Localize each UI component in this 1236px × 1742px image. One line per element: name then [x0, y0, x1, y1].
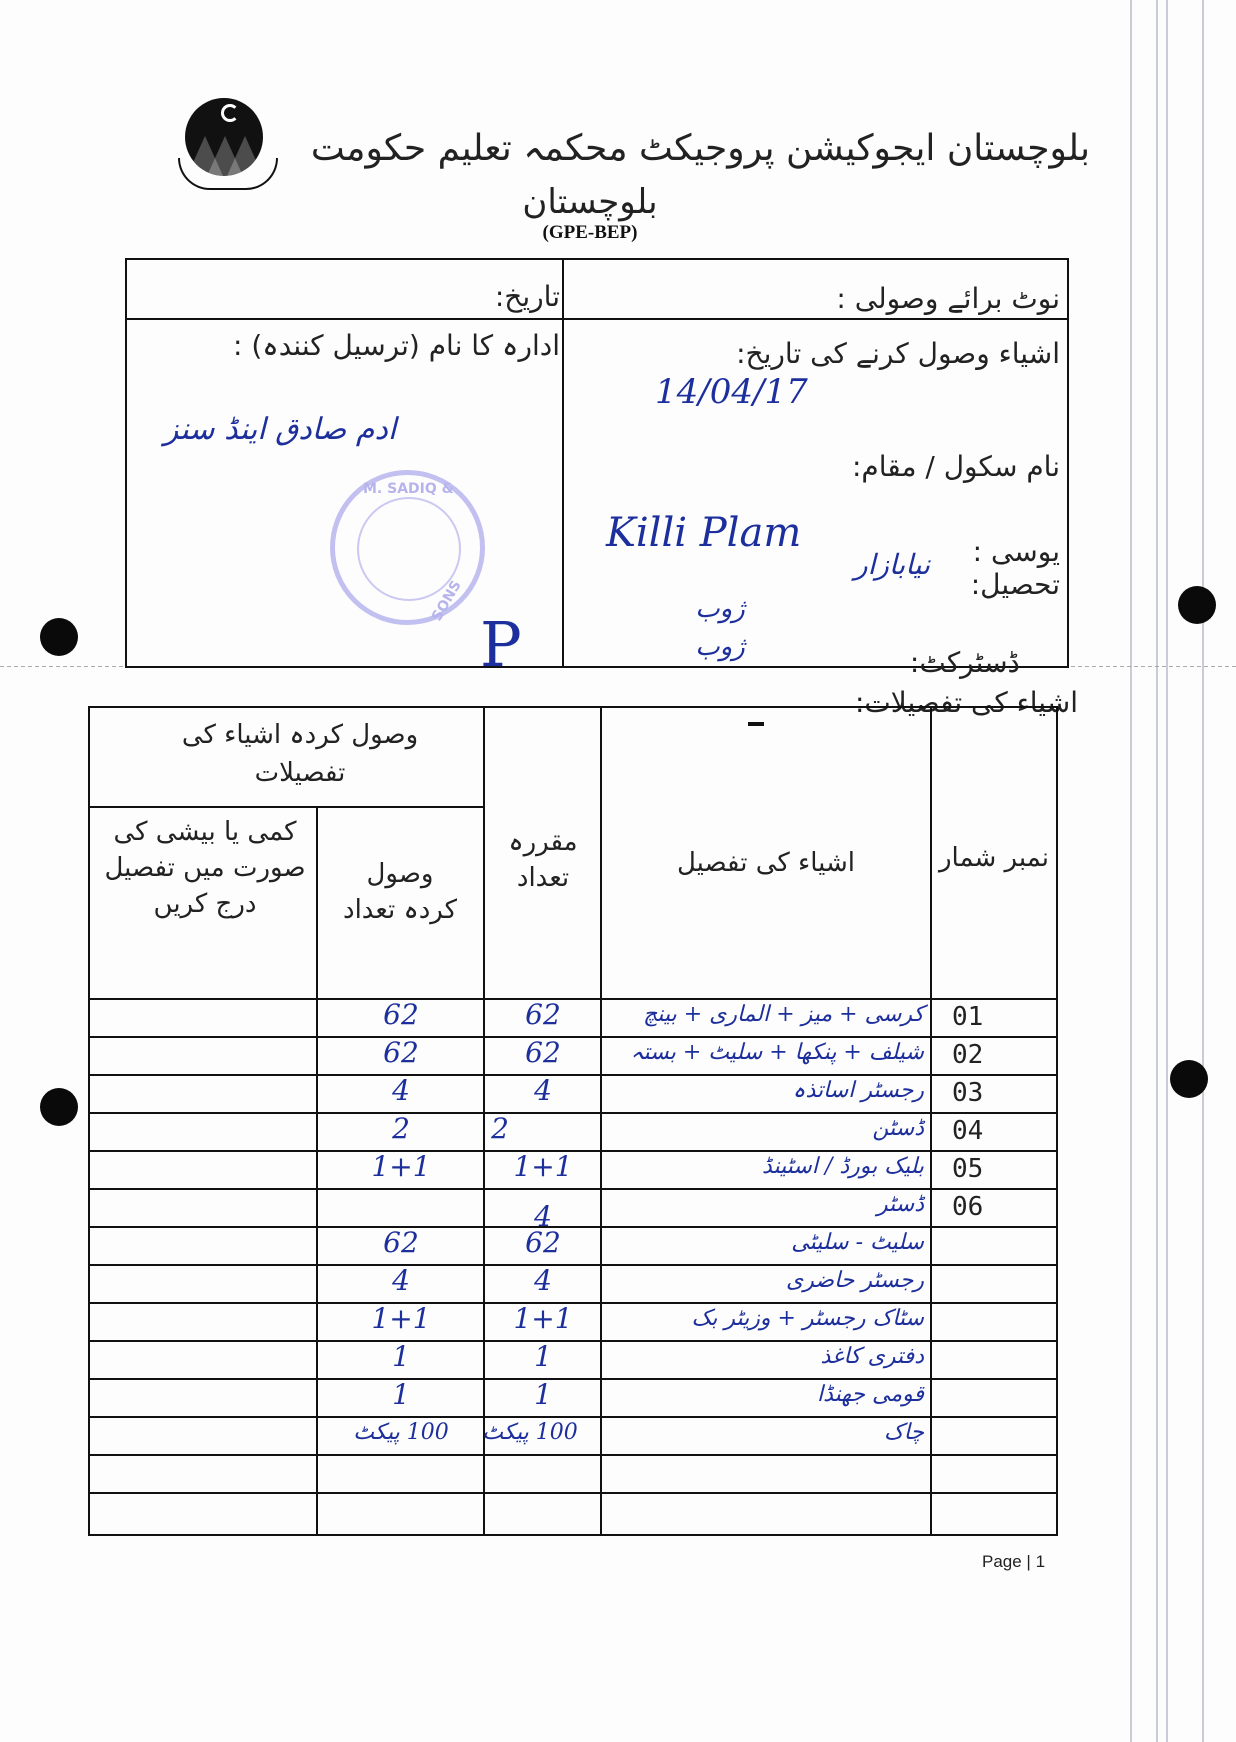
col-header-serial: نمبر شمار — [936, 840, 1052, 876]
col-header-description: اشیاء کی تفصیل — [606, 848, 926, 878]
row-fixed-qty[interactable]: 4 — [489, 1264, 597, 1297]
page-number: Page | 1 — [982, 1552, 1045, 1572]
punch-hole — [40, 1088, 78, 1126]
binder-edge-line — [1130, 0, 1132, 1742]
tehsil-value[interactable]: ژوب — [670, 594, 770, 624]
sender-label: ادارہ کا نام (ترسیل کنندہ) : — [160, 326, 560, 366]
punch-hole — [1178, 586, 1216, 624]
row-received-qty[interactable]: 1 — [322, 1378, 480, 1411]
row-serial: 04 — [952, 1116, 983, 1146]
row-received-qty[interactable]: 4 — [322, 1264, 480, 1297]
row-received-qty[interactable]: 62 — [322, 1226, 480, 1259]
row-fixed-qty[interactable]: 62 — [489, 998, 597, 1031]
col-divider — [316, 806, 318, 1536]
row-line — [88, 1188, 1058, 1190]
receipt-date-value[interactable]: 14/04/17 — [655, 372, 808, 412]
row-description[interactable]: رجسٹر حاضری — [606, 1268, 924, 1293]
binder-edge-line — [1156, 0, 1158, 1742]
row-fixed-qty[interactable]: 1 — [489, 1340, 597, 1373]
row-description[interactable]: ڈسٹن — [606, 1116, 924, 1141]
school-label: نام سکول / مقام: — [700, 450, 1060, 483]
row-serial: 01 — [952, 1002, 983, 1032]
row-description[interactable]: دفتری کاغذ — [606, 1344, 924, 1369]
row-received-qty[interactable]: 62 — [322, 998, 480, 1031]
form-header-line — [125, 318, 1069, 320]
uc-label: یوسی : — [930, 535, 1060, 568]
receipt-date-label: اشیاء وصول کرنے کی تاریخ: — [640, 332, 1060, 376]
row-line — [88, 1454, 1058, 1456]
col-header-received-group: وصول کردہ اشیاء کی تفصیلات — [140, 716, 460, 792]
row-received-qty[interactable]: 1 — [322, 1340, 480, 1373]
school-value[interactable]: Killi Plam — [606, 510, 801, 556]
col-header-fixed-qty: مقررہ تعداد — [489, 824, 597, 896]
note-label: نوٹ برائے وصولی : — [580, 282, 1060, 315]
row-received-qty[interactable]: 100 پیکٹ — [322, 1420, 480, 1445]
row-description[interactable]: ڈسٹر — [606, 1192, 924, 1217]
row-serial: 06 — [952, 1192, 983, 1222]
tehsil-label: تحصیل: — [900, 568, 1060, 601]
binder-edge-line — [1202, 0, 1204, 1742]
row-line — [88, 1112, 1058, 1114]
row-description[interactable]: سلیٹ - سلیٹی — [606, 1230, 924, 1255]
row-serial: 02 — [952, 1040, 983, 1070]
row-description[interactable]: رجسٹر اساتذہ — [606, 1078, 924, 1103]
row-description[interactable] — [606, 1496, 924, 1532]
row-line — [88, 1416, 1058, 1418]
row-fixed-qty[interactable]: 4 — [489, 1074, 597, 1107]
row-received-qty[interactable] — [322, 1492, 480, 1532]
col-header-shortfall: کمی یا بیشی کی صورت میں تفصیل درج کریں — [100, 814, 310, 922]
col-divider — [600, 706, 602, 1536]
row-fixed-qty[interactable]: 62 — [489, 1226, 597, 1259]
punch-hole — [40, 618, 78, 656]
row-description[interactable]: بلیک بورڈ / اسٹینڈ — [606, 1154, 924, 1179]
group-header-line — [88, 806, 483, 808]
row-description[interactable]: قومی جھنڈا — [606, 1382, 924, 1407]
col-divider — [930, 706, 932, 1536]
header-subtitle: بلوچستان — [400, 182, 780, 222]
row-fixed-qty[interactable]: 1+1 — [489, 1150, 597, 1183]
punch-hole — [1170, 1060, 1208, 1098]
row-fixed-qty[interactable]: 1 — [489, 1378, 597, 1411]
row-fixed-qty[interactable]: 100 پیکٹ — [460, 1420, 600, 1445]
row-received-qty[interactable]: 62 — [322, 1036, 480, 1069]
row-received-qty[interactable]: 2 — [322, 1112, 480, 1145]
program-code: (GPE-BEP) — [480, 222, 700, 244]
header-title: بلوچستان ایجوکیشن پروجیکٹ محکمہ تعلیم حک… — [110, 128, 1090, 169]
row-shortfall[interactable] — [94, 1492, 312, 1532]
row-description[interactable]: شیلف + پنکھا + سلیٹ + بستہ — [606, 1040, 924, 1065]
row-serial: 03 — [952, 1078, 983, 1108]
row-description[interactable]: کرسی + میز + الماری + بینچ — [606, 1002, 924, 1027]
initial-mark: P — [480, 608, 522, 681]
row-description[interactable]: سٹاک رجسٹر + وزیٹر بک — [606, 1306, 924, 1331]
row-received-qty[interactable]: 1+1 — [322, 1302, 480, 1335]
row-fixed-qty[interactable]: 1+1 — [489, 1302, 597, 1335]
col-header-received-qty: وصول کردہ تعداد — [322, 856, 478, 928]
row-received-qty[interactable]: 1+1 — [322, 1150, 480, 1183]
row-description[interactable]: چاک — [606, 1420, 924, 1445]
row-fixed-qty[interactable]: 62 — [489, 1036, 597, 1069]
row-fixed-qty[interactable] — [489, 1492, 597, 1532]
binder-edge-line — [1166, 0, 1168, 1742]
district-label: ڈسٹرکٹ: — [870, 646, 1020, 679]
sender-value[interactable]: ادم صادق اینڈ سنز — [130, 412, 430, 447]
date-label: تاریخ: — [140, 280, 560, 313]
company-stamp: M. SADIQ & SONS — [330, 470, 485, 625]
district-value[interactable]: ژوب — [670, 632, 770, 662]
row-serial: 05 — [952, 1154, 983, 1184]
row-received-qty[interactable]: 4 — [322, 1074, 480, 1107]
